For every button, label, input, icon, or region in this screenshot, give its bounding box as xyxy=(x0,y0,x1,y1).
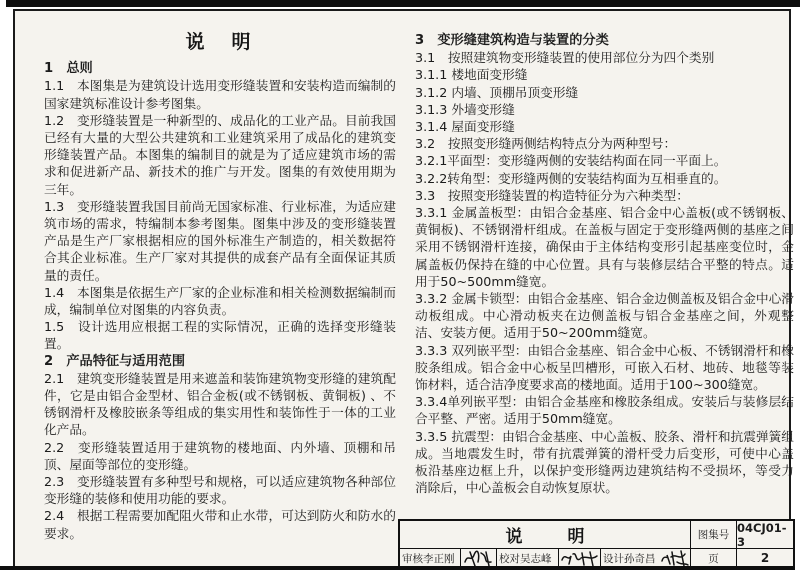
signature-scribble-icon xyxy=(560,550,600,567)
section-1-heading: 1 总则 xyxy=(44,60,396,77)
title-block-row-2: 审核李正刚 校对吴志峰 设计孙奇昌 页 2 xyxy=(400,549,793,567)
atlas-number-label: 图集号 xyxy=(690,521,736,548)
paragraph-1-5: 1.5 设计选用应根据工程的实际情况，正确的选择变形缝装置。 xyxy=(44,318,396,352)
paragraph-3-3-5: 3.3.5 抗震型：由铝合金基座、中心盖板、胶条、滑杆和抗震弹簧组成。当地震发生… xyxy=(415,428,794,497)
paragraph-1-3: 1.3 变形缝装置我国目前尚无国家标准、行业标准，为适应建筑市场的需求，特编制本… xyxy=(44,198,396,284)
scan-edge-bar xyxy=(6,0,800,7)
left-column: 说 明 1 总则 1.1 本图集是为建筑设计选用变形缝装置和安装构造而编制的国家… xyxy=(44,34,396,542)
reviewer-label: 审核 xyxy=(402,551,423,566)
reviewer-signature xyxy=(460,549,496,567)
paragraph-3-3: 3.3 按照变形缝装置的构造特征分为六种类型： xyxy=(415,187,794,204)
paragraph-3-2: 3.2 按照变形缝两侧结构特点分为两种型号： xyxy=(415,135,794,152)
designer-label: 设计 xyxy=(603,551,624,566)
proofreader-name: 吴志峰 xyxy=(520,551,552,566)
proofreader-label: 校对 xyxy=(499,551,520,566)
paragraph-3-2-2: 3.2.2转角型：变形缝两侧的安装结构面为互相垂直的。 xyxy=(415,170,794,187)
paragraph-3-3-2: 3.3.2 金属卡锁型：由铝合金基座、铝合金边侧盖板及铝合金中心滑动板组成。中心… xyxy=(415,290,794,342)
paragraph-1-2: 1.2 变形缝装置是一种新型的、成品化的工业产品。目前我国已经有大量的大型公共建… xyxy=(44,112,396,198)
designer-name: 孙奇昌 xyxy=(624,551,656,566)
paragraph-3-1-4: 3.1.4 屋面变形缝 xyxy=(415,118,794,135)
paragraph-1-1: 1.1 本图集是为建筑设计选用变形缝装置和安装构造而编制的国家建筑标准设计参考图… xyxy=(44,77,396,111)
scanned-document-page: { "left": { "title": "说 明", "s1": "1 总则"… xyxy=(0,0,800,581)
reviewer-name: 李正刚 xyxy=(423,551,455,566)
paragraph-2-4: 2.4 根据工程需要加配阻火带和止水带，可达到防火和防水的要求。 xyxy=(44,507,396,541)
paragraph-3-1-1: 3.1.1 楼地面变形缝 xyxy=(415,66,794,83)
proofreader-field: 校对吴志峰 xyxy=(496,549,558,567)
reviewer-field: 审核李正刚 xyxy=(400,549,460,567)
proofreader-signature xyxy=(558,549,600,567)
paragraph-3-3-1: 3.3.1 金属盖板型：由铝合金基座、铝合金中心盖板(或不锈钢板、黄铜板)、不锈… xyxy=(415,204,794,290)
page-number-label: 页 xyxy=(690,549,736,567)
paragraph-2-1: 2.1 建筑变形缝装置是用来遮盖和装饰建筑物变形缝的建筑配件，它是由铝合金型材、… xyxy=(44,370,396,439)
paragraph-3-3-4: 3.3.4单列嵌平型：由铝合金基座和橡胶条组成。安装后与装修层结合平整、严密。适… xyxy=(415,393,794,427)
right-column: 3 变形缝建筑构造与装置的分类 3.1 按照建筑物变形缝装置的使用部位分为四个类… xyxy=(415,32,794,496)
title-block-title: 说 明 xyxy=(400,521,690,548)
paragraph-3-3-3: 3.3.3 双列嵌平型：由铝合金基座、铝合金中心板、不锈钢滑杆和橡胶条组成。铝合… xyxy=(415,342,794,394)
designer-signature xyxy=(660,549,690,567)
paragraph-3-1-3: 3.1.3 外墙变形缝 xyxy=(415,101,794,118)
paragraph-2-3: 2.3 变形缝装置有多种型号和规格，可以适应建筑物各种部位变形缝的装修和使用功能… xyxy=(44,473,396,507)
title-block: 说 明 图集号 04CJ01-3 审核李正刚 校对吴志峰 设计孙奇昌 页 2 xyxy=(398,519,795,567)
signature-scribble-icon xyxy=(462,550,496,567)
page-title: 说 明 xyxy=(44,34,396,51)
paragraph-3-2-1: 3.2.1平面型：变形缝两侧的安装结构面在同一平面上。 xyxy=(415,152,794,169)
section-3-heading: 3 变形缝建筑构造与装置的分类 xyxy=(415,32,794,49)
signature-scribble-icon xyxy=(660,549,690,567)
paragraph-3-1: 3.1 按照建筑物变形缝装置的使用部位分为四个类别 xyxy=(415,49,794,66)
bottom-border-rule xyxy=(0,566,795,570)
section-2-heading: 2 产品特征与适用范围 xyxy=(44,353,396,370)
page-number-value: 2 xyxy=(736,549,793,567)
paragraph-2-2: 2.2 变形缝装置适用于建筑物的楼地面、内外墙、顶棚和吊顶、屋面等部位的变形缝。 xyxy=(44,439,396,473)
paragraph-1-4: 1.4 本图集是依据生产厂家的企业标准和相关检测数据编制而成，编制单位对图集的内… xyxy=(44,284,396,318)
page-frame: 说 明 1 总则 1.1 本图集是为建筑设计选用变形缝装置和安装构造而编制的国家… xyxy=(13,9,791,567)
paragraph-3-1-2: 3.1.2 内墙、顶棚吊顶变形缝 xyxy=(415,84,794,101)
designer-field: 设计孙奇昌 xyxy=(600,549,660,567)
atlas-number-value: 04CJ01-3 xyxy=(736,521,793,548)
title-block-row-1: 说 明 图集号 04CJ01-3 xyxy=(400,521,793,549)
